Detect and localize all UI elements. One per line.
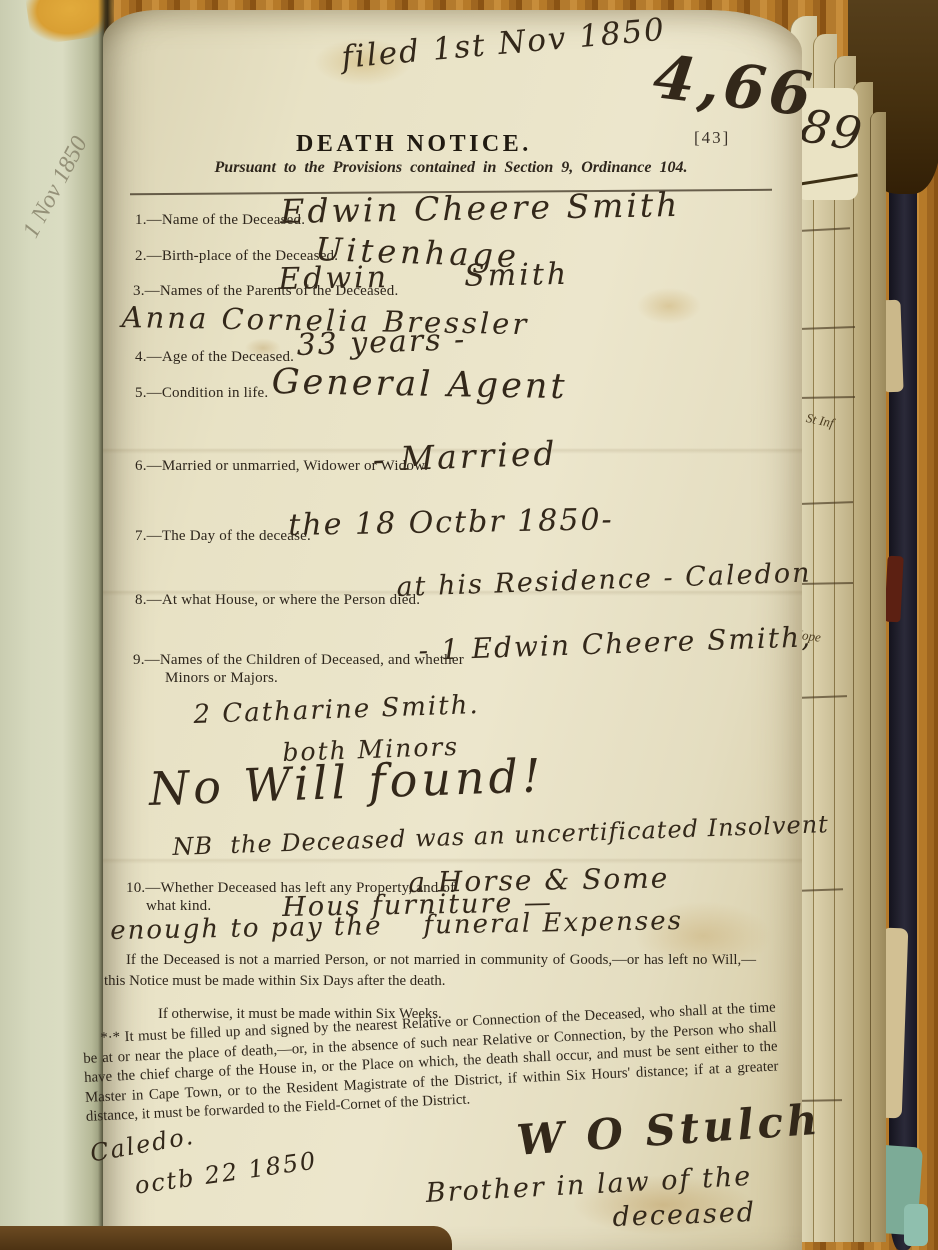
field-label-death-place: 8.—At what House, or where the Person di…	[135, 592, 420, 609]
field-label-property-2: what kind.	[146, 898, 211, 915]
field-value-condition: General Agent	[271, 362, 567, 407]
field-label-death-day: 7.—The Day of the decease.	[135, 528, 311, 545]
table-shadow-bottom	[0, 1226, 452, 1250]
signature-capacity-2: deceased	[612, 1197, 757, 1233]
document-subtitle: Pursuant to the Provisions contained in …	[130, 159, 772, 177]
field-value-father: Edwin Smith	[278, 257, 569, 297]
field-value-marital: - Married	[372, 434, 558, 479]
scanned-death-notice: 89 ✶ St Inf Hope 1 Nov 1850 filed 1st No…	[0, 0, 938, 1250]
field-label-children-2: Minors or Majors.	[165, 670, 278, 687]
six-days-note: If the Deceased is not a married Person,…	[104, 950, 756, 993]
field-label-children-1: 9.—Names of the Children of Deceased, an…	[133, 652, 464, 669]
field-value-name: Edwin Cheere Smith	[280, 185, 681, 231]
form-number: [43]	[694, 128, 730, 148]
field-label-age: 4.—Age of the Deceased.	[135, 349, 294, 366]
teal-paper-fragment	[904, 1204, 928, 1246]
page-edge-layer	[870, 112, 886, 1242]
field-value-death-day: the 18 Octbr 1850-	[288, 502, 614, 543]
document-title: DEATH NOTICE.	[296, 131, 532, 158]
field-value-age: 33 years -	[296, 322, 467, 363]
field-label-condition: 5.—Condition in life.	[135, 385, 268, 402]
